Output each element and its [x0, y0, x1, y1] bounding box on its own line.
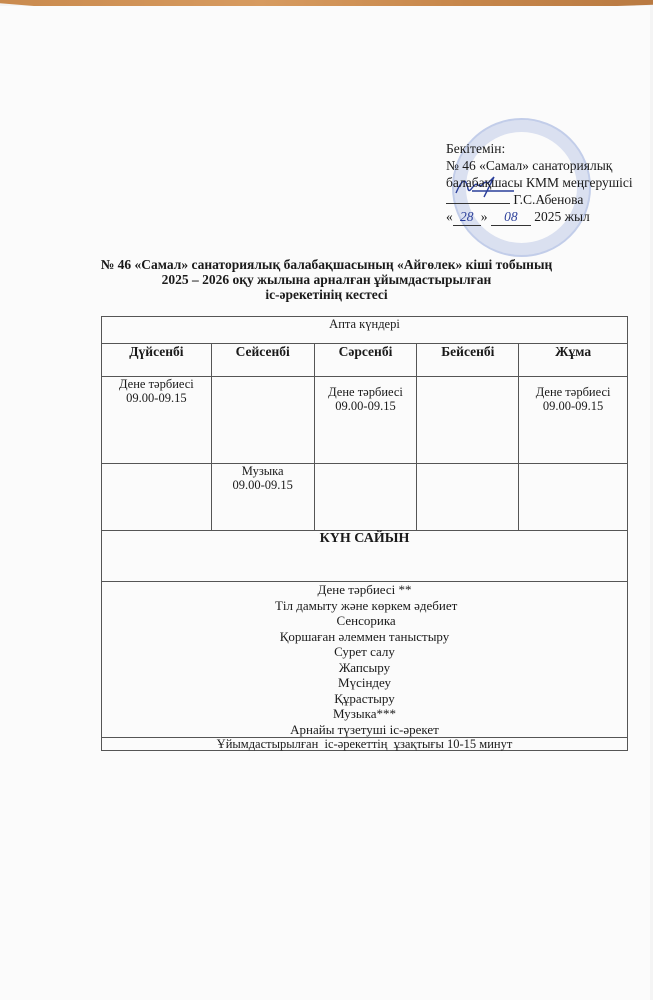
schedule-cell: Дене тәрбиесі09.00-09.15	[102, 377, 212, 464]
cell-time: 09.00-09.15	[212, 478, 314, 492]
day-header-friday: Жұма	[519, 344, 628, 377]
list-item: Сурет салу	[102, 644, 627, 660]
date-suffix: жыл	[565, 209, 590, 224]
list-item: Жапсыру	[102, 660, 627, 676]
approval-label: Бекітемін:	[446, 140, 633, 157]
approval-block: Бекітемін: № 46 «Самал» санаториялық бал…	[446, 140, 633, 226]
cell-time: 09.00-09.15	[519, 399, 627, 413]
schedule-cell	[211, 377, 314, 464]
title-line-2: 2025 – 2026 оқу жылына арналған ұйымдаст…	[0, 272, 653, 287]
cell-subject: Дене тәрбиесі	[315, 385, 417, 399]
list-item: Дене тәрбиесі **	[102, 582, 627, 598]
date-month: 08	[491, 208, 531, 226]
daily-activities-list: Дене тәрбиесі ** Тіл дамыту және көркем …	[102, 582, 628, 738]
day-header-monday: Дүйсенбі	[102, 344, 212, 377]
day-header-wednesday: Сәрсенбі	[314, 344, 417, 377]
approval-org: № 46 «Самал» санаториялық	[446, 157, 633, 174]
cell-time: 09.00-09.15	[315, 399, 417, 413]
document-title: № 46 «Самал» санаториялық балабақшасының…	[0, 257, 653, 302]
title-line-3: іс-әрекетінің кестесі	[0, 287, 653, 302]
list-item: Мүсіндеу	[102, 675, 627, 691]
week-days-header: Апта күндері	[102, 317, 628, 344]
schedule-cell: Музыка09.00-09.15	[211, 464, 314, 531]
table-row: Музыка09.00-09.15	[102, 464, 628, 531]
day-header-tuesday: Сейсенбі	[211, 344, 314, 377]
list-item: Қоршаған әлеммен таныстыру	[102, 629, 627, 645]
list-item: Құрастыру	[102, 691, 627, 707]
cell-time: 09.00-09.15	[102, 391, 211, 405]
duration-note: Ұйымдастырылған іс-әрекеттің ұзақтығы 10…	[102, 738, 628, 751]
approval-date: «28» 08 2025 жыл	[446, 208, 633, 226]
table-row: Дене тәрбиесі09.00-09.15 Дене тәрбиесі09…	[102, 377, 628, 464]
date-day: 28	[453, 208, 481, 226]
title-line-1: № 46 «Самал» санаториялық балабақшасының…	[0, 257, 653, 272]
approval-position: балабақшасы КММ меңгерушісі	[446, 174, 633, 191]
list-item: Тіл дамыту және көркем әдебиет	[102, 598, 627, 614]
schedule-cell: Дене тәрбиесі09.00-09.15	[314, 377, 417, 464]
approval-signatory-line: Г.С.Абенова	[446, 191, 633, 208]
schedule-table: Апта күндері Дүйсенбі Сейсенбі Сәрсенбі …	[101, 316, 628, 751]
cell-subject: Дене тәрбиесі	[102, 377, 211, 391]
schedule-cell	[314, 464, 417, 531]
cell-subject: Дене тәрбиесі	[519, 385, 627, 399]
approval-signatory: Г.С.Абенова	[513, 192, 583, 207]
list-item: Сенсорика	[102, 613, 627, 629]
cell-subject: Музыка	[212, 464, 314, 478]
schedule-cell	[519, 464, 628, 531]
list-item: Музыка***	[102, 706, 627, 722]
schedule-cell	[417, 464, 519, 531]
date-year: 2025	[534, 209, 561, 224]
list-item: Арнайы түзетуші іс-әрекет	[102, 722, 627, 738]
daily-header: КҮН САЙЫН	[102, 531, 628, 582]
schedule-cell	[417, 377, 519, 464]
schedule-cell	[102, 464, 212, 531]
day-header-thursday: Бейсенбі	[417, 344, 519, 377]
schedule-cell: Дене тәрбиесі09.00-09.15	[519, 377, 628, 464]
